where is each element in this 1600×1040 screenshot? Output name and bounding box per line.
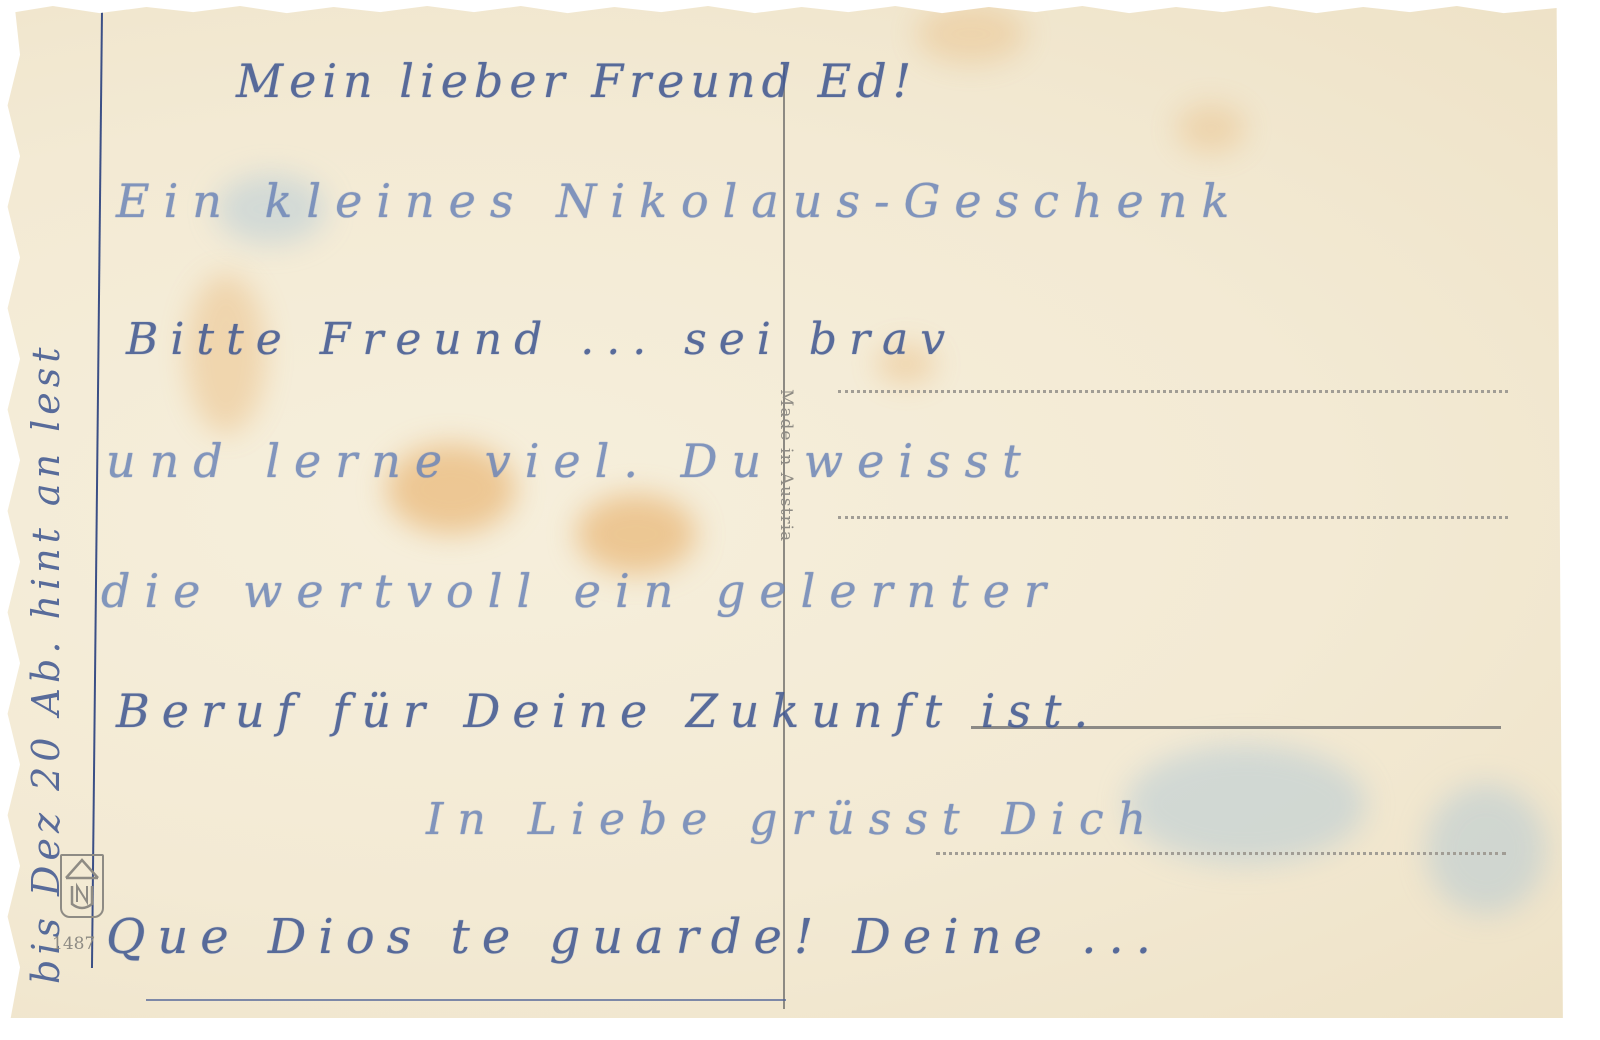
handwritten-line-6: Beruf für Deine Zukunft ist. (116, 684, 1100, 738)
rust-stain (1176, 104, 1246, 154)
handwritten-line-8: Que Dios te guarde! Deine ... (106, 909, 1163, 965)
handwritten-line-5: die wertvoll ein gelernter (101, 564, 1060, 618)
ink-smudge (1426, 784, 1546, 914)
rust-stain (916, 4, 1026, 64)
handwritten-line-2: Ein kleines Nikolaus-Geschenk (116, 174, 1243, 228)
hand-drawn-margin-line (91, 8, 103, 968)
ink-underline (146, 999, 786, 1001)
address-line-1 (838, 390, 1508, 393)
handwritten-line-3: Bitte Freund ... sei brav (126, 314, 957, 365)
publisher-logo-icon (60, 854, 104, 918)
ink-smudge (1126, 744, 1366, 864)
handwritten-line-1: Mein lieber Freund Ed! (236, 54, 917, 108)
handwritten-line-7: In Liebe grüsst Dich (426, 794, 1160, 845)
serial-number: 1487 (52, 934, 95, 954)
rust-stain (576, 494, 696, 574)
address-line-4 (936, 852, 1506, 855)
postcard-back: Made in Austria bis Dez 20 Ab. hint an l… (6, 4, 1566, 1018)
address-line-2 (838, 516, 1508, 519)
handwritten-line-4: und lerne viel. Du weisst (106, 434, 1035, 488)
